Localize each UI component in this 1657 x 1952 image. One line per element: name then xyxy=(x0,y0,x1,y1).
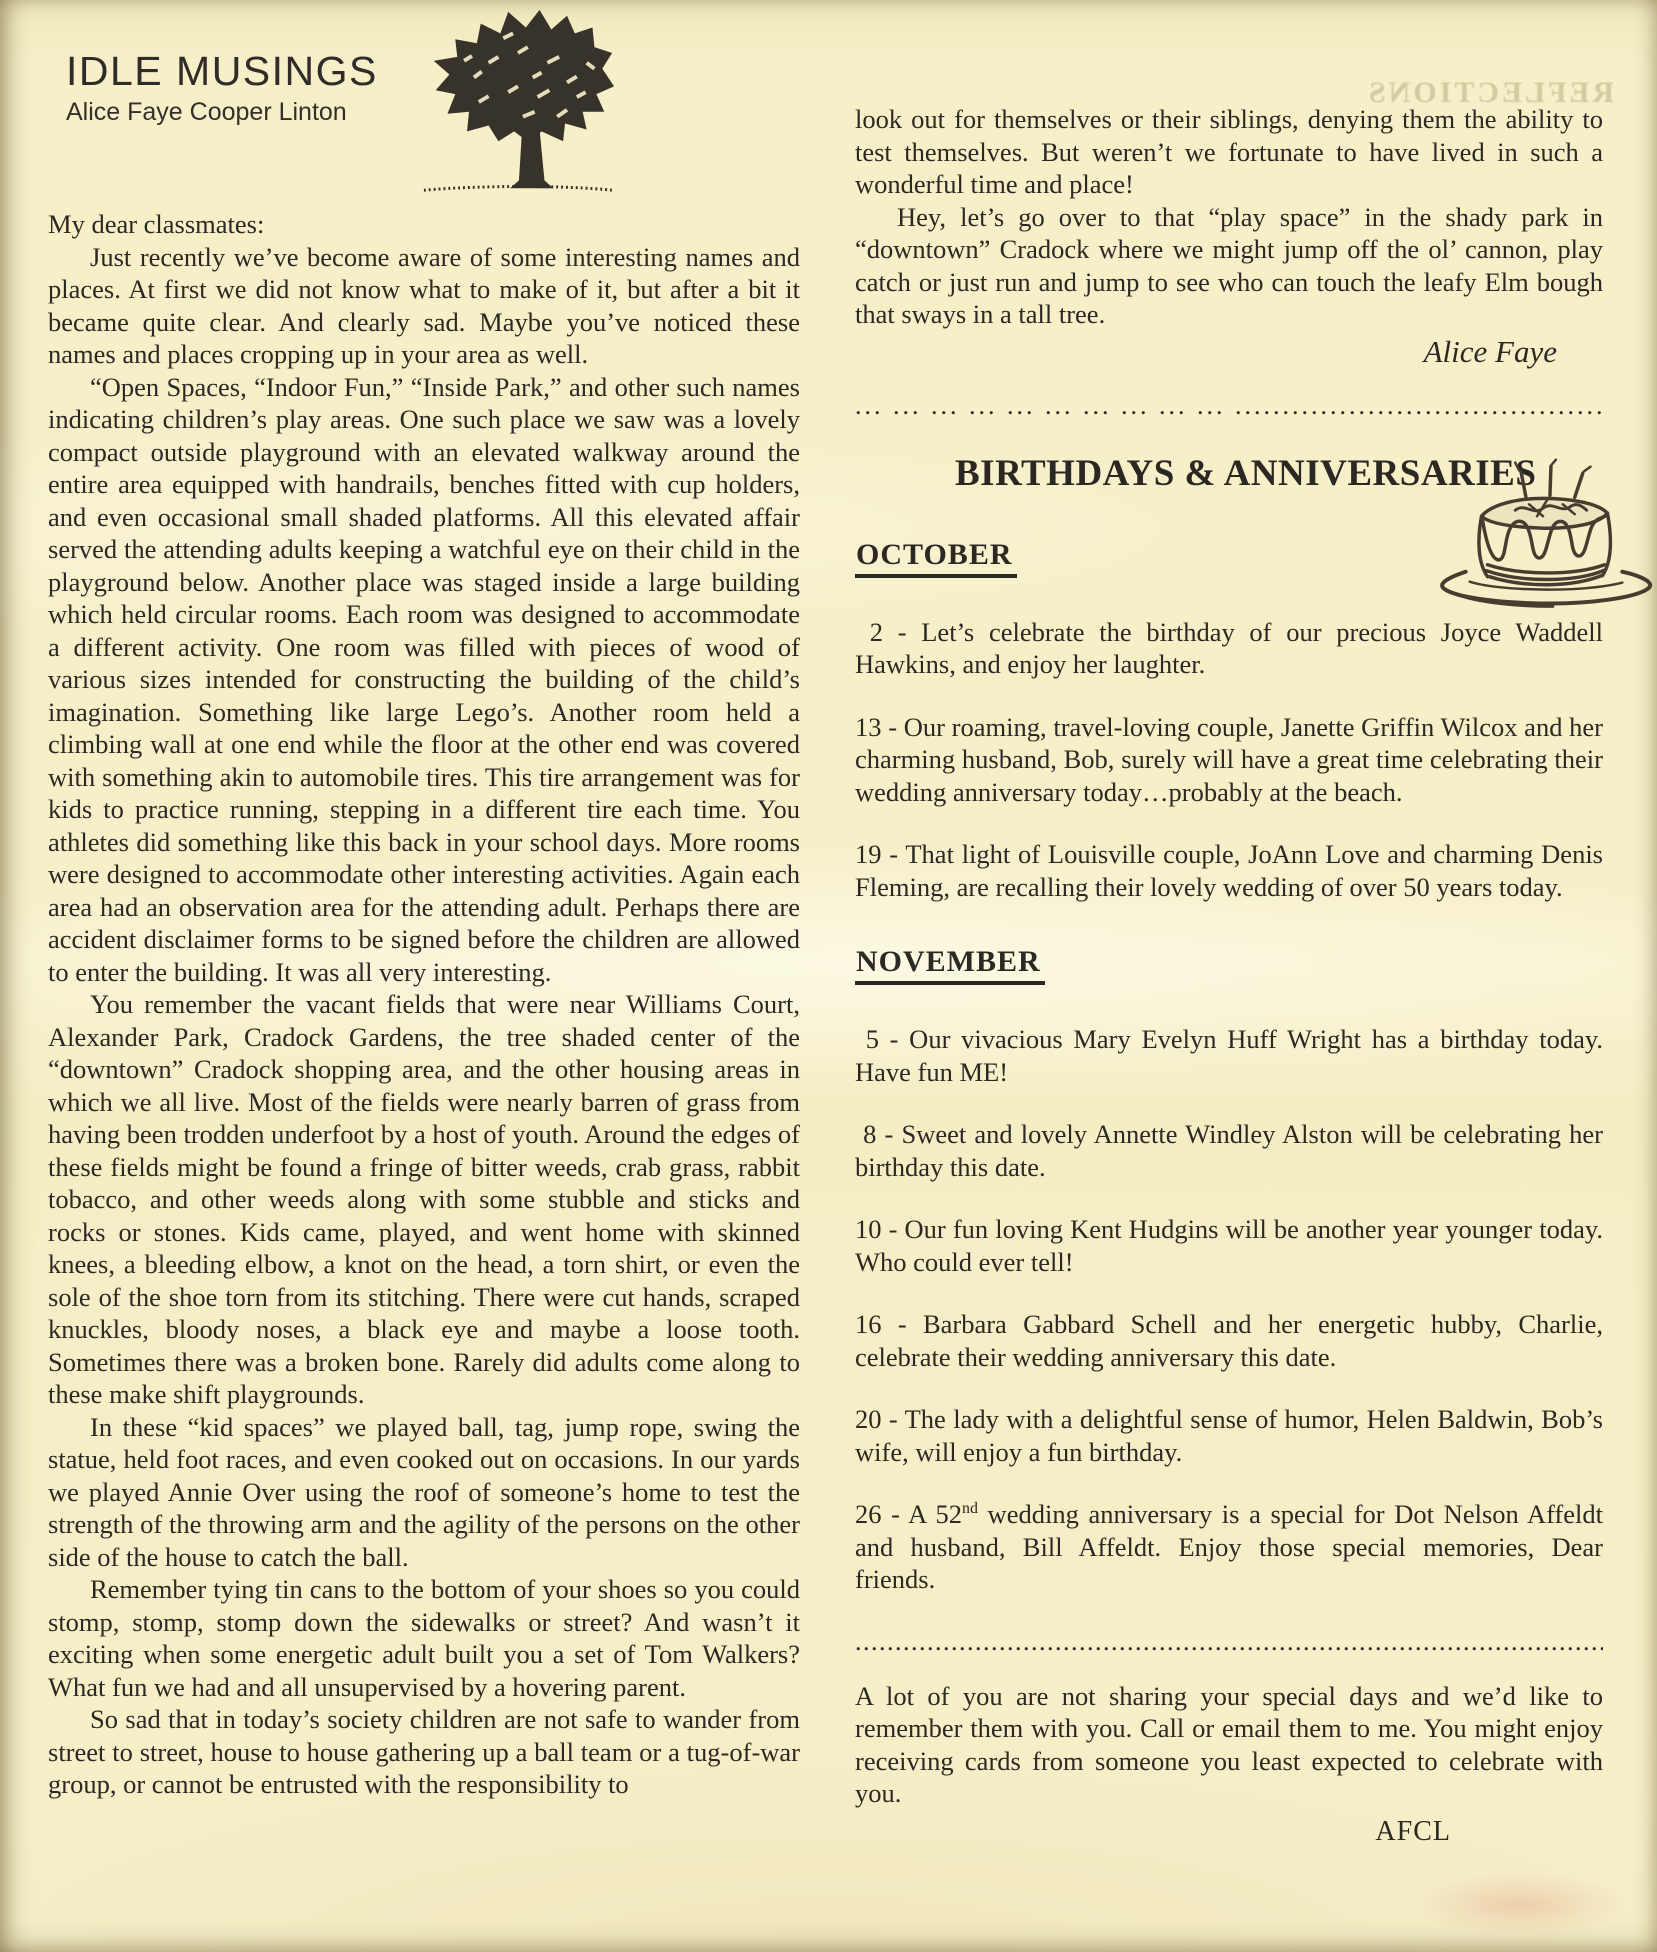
author-initials: AFCL xyxy=(855,1816,1603,1849)
body-paragraph: So sad that in today’s society children … xyxy=(48,1703,800,1801)
birthday-entry: 20 - The lady with a delightful sense of… xyxy=(855,1403,1603,1468)
ordinal-suffix: nd xyxy=(962,1500,978,1517)
closing-paragraph: A lot of you are not sharing your specia… xyxy=(855,1680,1603,1810)
candle-flame xyxy=(1551,460,1556,466)
body-paragraph: look out for themselves or their sibling… xyxy=(855,103,1603,201)
paper-stain xyxy=(1415,1872,1625,1938)
body-paragraph: Remember tying tin cans to the bottom of… xyxy=(48,1573,800,1703)
candle-flame xyxy=(1515,463,1519,471)
body-paragraph: Hey, let’s go over to that “play space” … xyxy=(855,201,1603,331)
birthday-entry: 8 - Sweet and lovely Annette Windley Als… xyxy=(855,1118,1603,1183)
body-paragraph: Just recently we’ve become aware of some… xyxy=(48,241,800,371)
month-label: NOVEMBER xyxy=(855,945,1045,985)
tree-trunk xyxy=(510,129,553,188)
anniversary-entry: 19 - That light of Louisville couple, Jo… xyxy=(855,838,1603,903)
newsletter-page: REFLECTIONS IDLE MUSINGS Alice Faye Coop… xyxy=(0,0,1657,1952)
dotted-separator: ........................................… xyxy=(855,1626,1603,1658)
tree-ground xyxy=(424,187,612,191)
body-paragraph: In these “kid spaces” we played ball, ta… xyxy=(48,1411,800,1574)
signature: Alice Faye xyxy=(855,334,1603,370)
month-label: OCTOBER xyxy=(855,538,1017,578)
birthday-entry: 10 - Our fun loving Kent Hudgins will be… xyxy=(855,1213,1603,1278)
left-column: IDLE MUSINGS Alice Faye Cooper Linton My… xyxy=(48,40,800,1801)
cake-candle xyxy=(1521,473,1526,499)
birthday-entry: 5 - Our vivacious Mary Evelyn Huff Wrigh… xyxy=(855,1023,1603,1088)
dotted-separator: ... ... ... ... ... ... ... ... ... ... … xyxy=(855,390,1603,422)
entry-text: 26 - A 52 xyxy=(855,1499,962,1529)
cake-candle xyxy=(1550,467,1551,496)
tree-canopy xyxy=(434,10,614,143)
anniversary-entry: 16 - Barbara Gabbard Schell and her ener… xyxy=(855,1308,1603,1373)
cake-band xyxy=(1487,565,1604,573)
candle-flame xyxy=(1584,467,1591,472)
tree-icon xyxy=(420,2,616,202)
cake-candle xyxy=(1575,474,1583,498)
birthday-entry: 2 - Let’s celebrate the birthday of our … xyxy=(855,616,1603,681)
salutation: My dear classmates: xyxy=(48,208,800,241)
anniversary-entry: 13 - Our roaming, travel-loving couple, … xyxy=(855,711,1603,809)
month-heading-november: NOVEMBER xyxy=(855,945,1603,985)
body-paragraph: “Open Spaces, “Indoor Fun,” “Inside Park… xyxy=(48,371,800,989)
birthday-cake-icon xyxy=(1430,458,1657,618)
body-paragraph: You remember the vacant fields that were… xyxy=(48,988,800,1411)
anniversary-entry: 26 - A 52nd wedding anniversary is a spe… xyxy=(855,1498,1603,1596)
right-column: look out for themselves or their sibling… xyxy=(855,103,1603,1848)
